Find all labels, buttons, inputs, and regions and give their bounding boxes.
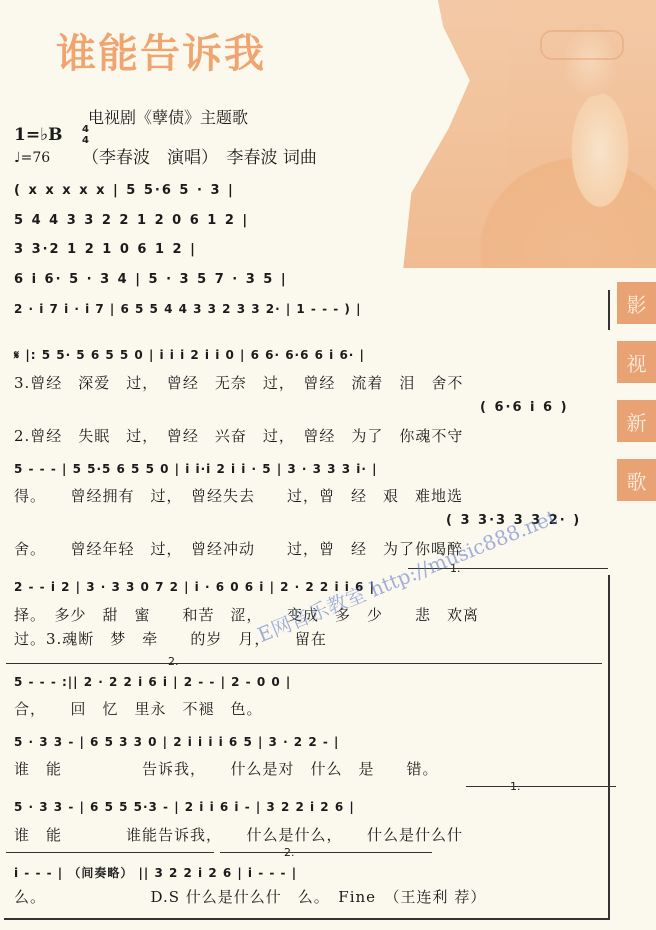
song-subtitle: 电视剧《孽债》主题歌 (88, 105, 248, 128)
score-line-4: 6 i 6· 5 · 3 4 | 5 · 3 5 7 · 3 5 | (14, 272, 288, 287)
score-line-9: 5 - - - :|| 2 · 2 2 i 6 i | 2 - - | 2 - … (14, 675, 291, 689)
divider-line (6, 663, 602, 664)
score-line-12: i - - - | （间奏略） || 3 2 2 i 2 6 | i - - -… (14, 864, 297, 881)
side-tab-ge: 歌 (617, 459, 656, 501)
singer-photo (390, 0, 656, 268)
lyrics-line-8a: 择。 多少 甜 蜜 和苦 涩， 变成 多 少 悲 欢离 (14, 604, 479, 625)
time-signature-top: 4 (82, 124, 89, 135)
volta-line-2b (220, 852, 432, 853)
score-line-11: 5 · 3 3 - | 6 5 5 5·3 - | 2 i i 6 i - | … (14, 800, 355, 814)
song-title: 谁能告诉我 (56, 22, 266, 79)
page-frame-bottom (4, 918, 609, 920)
lyrics-line-12: 么。 D.S 什么是什么什 么。 Fine （王连利 荐） (14, 886, 486, 907)
score-line-5: 2 · i 7 i · i 7 | 6 5 5 4 4 3 3 2 3 3 2·… (14, 302, 361, 316)
lyrics-line-7a: 得。 曾经拥有 过， 曾经失去 过，曾 经 艰 难地选 (14, 485, 463, 506)
watermark: E网音乐教室 http://music888.net (253, 501, 560, 648)
volta-line-1b (466, 786, 616, 787)
score-line-7: 5 - - - | 5 5·5 6 5 5 0 | i i·i 2 i i · … (14, 462, 377, 476)
side-tab-xin: 新 (617, 400, 656, 442)
score-line-8: 2 - - i 2 | 3 · 3 3 0 7 2 | i · 6 0 6 i … (14, 580, 375, 594)
barline-right-1 (608, 290, 610, 330)
score-line-3: 3 3·2 1 2 1 0 6 1 2 | (14, 242, 197, 257)
glasses-detail (540, 30, 624, 60)
score-line-6: 𝄋 |: 5 5· 5 6 5 5 0 | i i i 2 i i 0 | 6 … (14, 348, 365, 363)
volta-2-mid: 2. (168, 655, 179, 668)
score-line-2: 5 4 4 3 3 2 2 1 2 0 6 1 2 | (14, 213, 249, 228)
lyrics-line-7b: 舍。 曾经年轻 过， 曾经冲动 过，曾 经 为了你喝醉 (14, 538, 463, 559)
lyrics-line-6b: 2.曾经 失眠 过， 曾经 兴奋 过， 曾经 为了 你魂不守 (14, 425, 463, 446)
lyrics-line-10: 谁 能 告诉我， 什么是对 什么 是 错。 (14, 758, 439, 779)
score-line-1: ( x x x x x | 5 5·6 5 · 3 | (14, 183, 235, 198)
side-tab-shi: 视 (617, 341, 656, 383)
page-frame-right (608, 575, 610, 920)
alt-notes-6: ( 6·6 i 6 ) (480, 400, 569, 415)
key-signature: 1=♭B (14, 125, 62, 145)
divider-line-2 (6, 852, 214, 853)
lyrics-line-6a: 3.曾经 深爱 过， 曾经 无奈 过， 曾经 流着 泪 舍不 (14, 372, 463, 393)
lyrics-line-9: 合， 回 忆 里永 不褪 色。 (14, 698, 263, 719)
credits: （李春波 演唱） 李春波 词曲 (82, 143, 317, 168)
tempo-marking: ♩=76 (14, 150, 50, 166)
side-tab-ying: 影 (617, 282, 656, 324)
score-line-10: 5 · 3 3 - | 6 5 3 3 0 | 2 i i i i 6 5 | … (14, 735, 339, 749)
lyrics-line-11: 谁 能 谁能告诉我， 什么是什么， 什么是什么什 (14, 824, 463, 845)
